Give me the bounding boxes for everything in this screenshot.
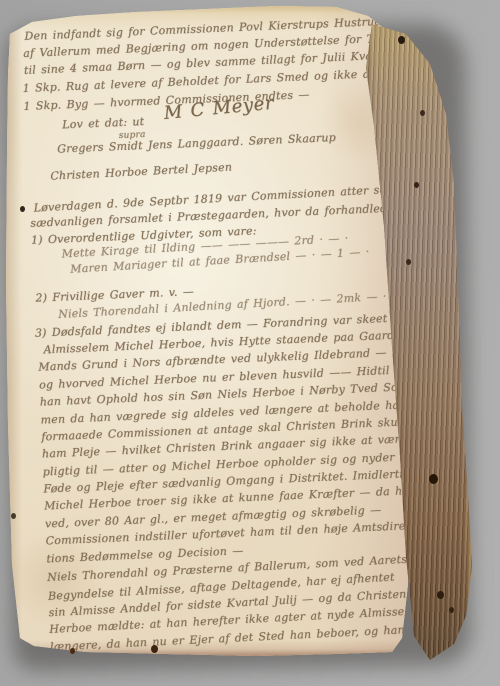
- manuscript-line: Gregers Smidt Jens Langgaard. Søren Skaa…: [57, 131, 336, 157]
- text-layer: Den indfandt sig for Commissionen Povl K…: [22, 8, 420, 653]
- paper-specks: [0, 0, 5, 6]
- photograph-of-manuscript-book: Den indfandt sig for Commissionen Povl K…: [0, 0, 500, 686]
- manuscript-page: Den indfandt sig for Commissionen Povl K…: [6, 4, 410, 658]
- manuscript-line: Christen Horboe Bertel Jepsen: [50, 161, 232, 184]
